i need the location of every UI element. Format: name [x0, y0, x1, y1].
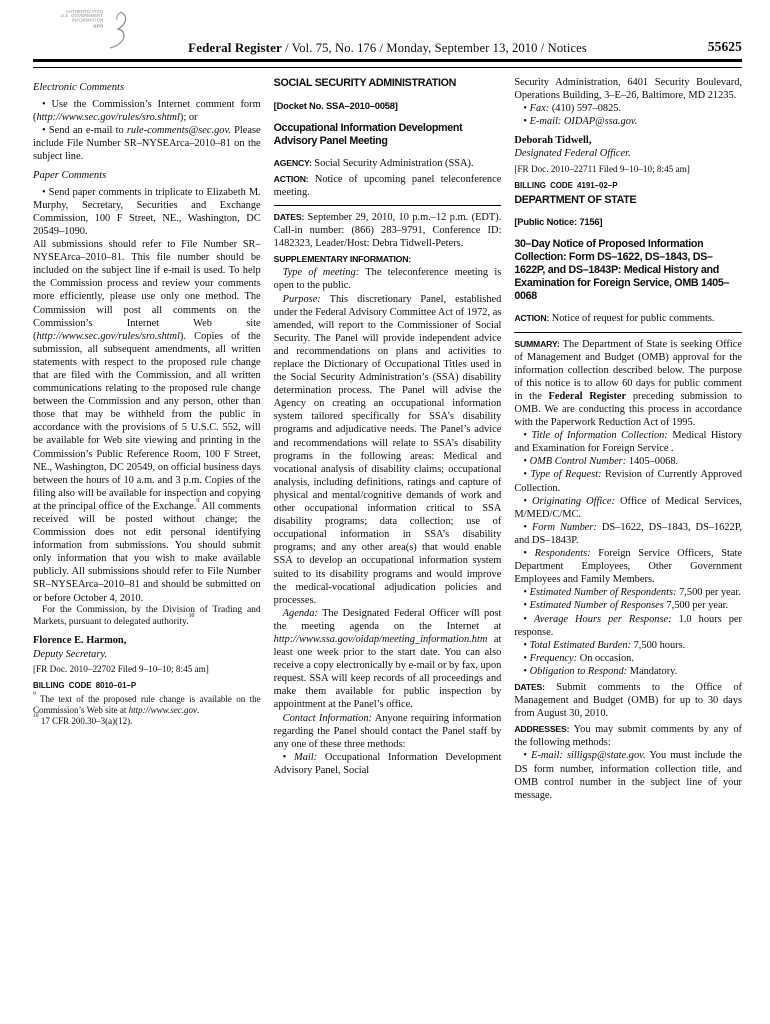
paragraph: Security Administration, 6401 Security B…: [514, 76, 742, 102]
text-run: •: [283, 752, 294, 763]
text-run: •: [523, 750, 531, 761]
paragraph: • Obligation to Respond: Mandatory.: [514, 665, 742, 678]
paragraph: • Send an e-mail to rule-comments@sec.go…: [33, 124, 261, 163]
text-run: .: [197, 705, 199, 715]
paragraph: • Fax: (410) 597–0825.: [514, 102, 742, 115]
paragraph: • OMB Control Number: 1405–0068.: [514, 455, 742, 468]
text-run: Total Estimated Burden:: [530, 640, 631, 651]
text-run: All submissions should refer to File Num…: [33, 239, 261, 342]
text-run: rule-comments@sec.gov.: [127, 125, 231, 136]
text-run: This discretionary Panel, established un…: [274, 294, 502, 606]
paragraph: DATES: September 29, 2010, 10 p.m.–12 p.…: [274, 211, 502, 250]
column-middle: SOCIAL SECURITY ADMINISTRATION[Docket No…: [274, 76, 502, 1022]
signature-name: Deborah Tidwell,: [514, 134, 742, 147]
text-run: All comments received will be posted wit…: [33, 501, 261, 604]
gpo-seal-line: INFORMATION: [61, 19, 104, 23]
docket-number: [Docket No. SSA–2010–0058]: [274, 99, 502, 112]
paragraph: AGENCY: Social Security Administration (…: [274, 157, 502, 170]
subsection-heading: Electronic Comments: [33, 81, 261, 94]
footnote: 10 17 CFR 200.30–3(a)(12).: [33, 716, 261, 727]
paragraph: Agenda: The Designated Federal Officer w…: [274, 607, 502, 712]
text-run: ); or: [180, 112, 198, 123]
agency-heading: SOCIAL SECURITY ADMINISTRATION: [274, 77, 502, 90]
text-run: ). Copies of the submission, all subsequ…: [33, 331, 261, 512]
text-run: Type of Request:: [531, 469, 602, 480]
text-run: Estimated Number of Responses: [530, 600, 664, 611]
paragraph: • Respondents: Foreign Service Officers,…: [514, 547, 742, 586]
paragraph: DATES: Submit comments to the Office of …: [514, 681, 742, 720]
three-column-body: Electronic Comments• Use the Commission’…: [33, 76, 742, 1022]
field-label: DATES:: [514, 682, 545, 692]
text-run: 7,500 per year.: [664, 600, 728, 611]
text-run: Fax:: [530, 103, 550, 114]
text-run: • Send paper comments in triplicate to E…: [33, 187, 261, 237]
field-label: ADDRESSES:: [514, 724, 569, 734]
subsection-heading: Paper Comments: [33, 169, 261, 182]
text-run: Frequency:: [530, 653, 578, 664]
text-run: Mandatory.: [627, 666, 677, 677]
paragraph: ACTION: Notice of upcoming panel telecon…: [274, 173, 502, 199]
fr-doc-line: [FR Doc. 2010–22711 Filed 9–10–10; 8:45 …: [514, 163, 742, 176]
section-divider: [274, 205, 502, 206]
paragraph: ADDRESSES: You may submit comments by an…: [514, 723, 742, 749]
paragraph: • Form Number: DS–1622, DS–1843, DS–1622…: [514, 521, 742, 547]
journal-title: Federal Register: [188, 40, 282, 55]
column-left: Electronic Comments• Use the Commission’…: [33, 76, 261, 1022]
text-run: Purpose:: [283, 294, 321, 305]
text-run: Federal Register: [548, 391, 626, 402]
text-run: Estimated Number of Respondents:: [530, 587, 677, 598]
field-label: SUPPLEMENTARY INFORMATION:: [274, 254, 411, 264]
text-run: Agenda:: [283, 608, 318, 619]
paragraph: • Total Estimated Burden: 7,500 hours.: [514, 639, 742, 652]
paragraph: • Frequency: On occasion.: [514, 652, 742, 665]
text-run: 1405–0068.: [626, 456, 678, 467]
paragraph: • E-mail: silligsp@state.gov. You must i…: [514, 749, 742, 801]
paragraph: Purpose: This discretionary Panel, estab…: [274, 293, 502, 607]
paragraph: • Average Hours per Response: 1.0 hours …: [514, 613, 742, 639]
notice-title: Occupational Information Development Adv…: [274, 122, 502, 148]
agency-heading: DEPARTMENT OF STATE: [514, 194, 742, 207]
text-run: 9: [33, 691, 36, 697]
notice-title: 30–Day Notice of Proposed Information Co…: [514, 238, 742, 303]
text-run: •: [523, 548, 534, 559]
text-run: 7,500 hours.: [631, 640, 685, 651]
paragraph: • Mail: Occupational Information Develop…: [274, 751, 502, 777]
text-run: •: [523, 496, 532, 507]
text-run: • Send an e-mail to: [42, 125, 127, 136]
federal-register-page: AUTHENTICATED U.S. GOVERNMENT INFORMATIO…: [0, 0, 770, 1024]
text-run: On occasion.: [577, 653, 634, 664]
text-run: Obligation to Respond:: [530, 666, 628, 677]
field-label: DATES:: [274, 212, 305, 222]
text-run: Form Number:: [532, 522, 597, 533]
text-run: Submit comments to the Office of Managem…: [514, 682, 742, 719]
text-run: http://www.ssa.gov/oidap/meeting_informa…: [274, 634, 488, 645]
signature-title: Designated Federal Officer.: [514, 147, 742, 160]
text-run: Average Hours per Response:: [534, 614, 672, 625]
text-run: http://www.sec.gov: [129, 705, 197, 715]
text-run: at least one week prior to the start dat…: [274, 634, 502, 710]
text-run: Notice of request for public comments.: [549, 313, 714, 324]
text-run: Originating Office:: [532, 496, 615, 507]
page-header: Federal Register / Vol. 75, No. 176 / Mo…: [33, 40, 742, 56]
text-run: E-mail: silligsp@state.gov.: [531, 750, 646, 761]
text-run: E-mail: OIDAP@ssa.gov.: [530, 116, 638, 127]
text-run: Contact Information:: [283, 713, 372, 724]
text-run: Security Administration, 6401 Security B…: [514, 77, 742, 101]
text-run: Title of Information Collection:: [531, 430, 667, 441]
text-run: Social Security Administration (SSA).: [312, 158, 474, 169]
fr-doc-line: [FR Doc. 2010–22702 Filed 9–10–10; 8:45 …: [33, 663, 261, 676]
page-number: 55625: [708, 39, 742, 55]
text-run: •: [523, 469, 530, 480]
billing-code: BILLING CODE 8010–01–P: [33, 679, 261, 692]
field-label: ACTION:: [274, 174, 309, 184]
footnote: 9 The text of the proposed rule change i…: [33, 694, 261, 716]
text-run: Type of meeting:: [283, 267, 359, 278]
section-divider: [514, 332, 742, 333]
journal-citation: / Vol. 75, No. 176 / Monday, September 1…: [282, 41, 587, 55]
text-run: •: [523, 614, 534, 625]
text-run: Respondents:: [535, 548, 591, 559]
paragraph: For the Commission, by the Division of T…: [33, 605, 261, 629]
signature-title: Deputy Secretary.: [33, 648, 261, 661]
paragraph: • Estimated Number of Respondents: 7,500…: [514, 586, 742, 599]
text-run: (410) 597–0825.: [549, 103, 621, 114]
text-run: http://www.sec.gov/rules/sro.shtml: [36, 112, 179, 123]
paragraph: ACTION: Notice of request for public com…: [514, 312, 742, 325]
billing-code: BILLING CODE 4191–02–P: [514, 179, 742, 192]
paragraph: • Estimated Number of Responses 7,500 pe…: [514, 599, 742, 612]
paragraph: • Originating Office: Office of Medical …: [514, 495, 742, 521]
text-run: 7,500 per year.: [677, 587, 741, 598]
paragraph: All submissions should refer to File Num…: [33, 238, 261, 605]
paragraph: Type of meeting: The teleconference meet…: [274, 266, 502, 292]
field-label: ACTION:: [514, 313, 549, 323]
gpo-seal-text: AUTHENTICATED U.S. GOVERNMENT INFORMATIO…: [61, 10, 104, 29]
text-run: OMB Control Number:: [530, 456, 627, 467]
text-run: http://www.sec.gov/rules/sro.shtml: [36, 331, 179, 342]
field-label: AGENCY:: [274, 158, 312, 168]
paragraph: SUPPLEMENTARY INFORMATION:: [274, 253, 502, 266]
text-run: Mail:: [294, 752, 317, 763]
paragraph: SUMMARY: The Department of State is seek…: [514, 338, 742, 430]
text-run: For the Commission, by the Division of T…: [33, 605, 261, 627]
docket-number: [Public Notice: 7156]: [514, 215, 742, 228]
text-run: 9: [196, 497, 199, 504]
text-run: 10: [33, 713, 39, 719]
text-run: •: [523, 522, 532, 533]
text-run: 17 CFR 200.30–3(a)(12).: [39, 716, 133, 726]
text-run: September 29, 2010, 10 p.m.–12 p.m. (EDT…: [274, 212, 502, 249]
gpo-seal-abbr: GPO: [61, 24, 104, 28]
column-right: Security Administration, 6401 Security B…: [514, 76, 742, 1022]
paragraph: • E-mail: OIDAP@ssa.gov.: [514, 115, 742, 128]
signature-name: Florence E. Harmon,: [33, 634, 261, 647]
paragraph: Contact Information: Anyone requiring in…: [274, 712, 502, 751]
text-run: Notice of upcoming panel teleconference …: [274, 174, 502, 198]
text-run: 10: [189, 613, 195, 619]
field-label: SUMMARY:: [514, 339, 559, 349]
masthead-rule: [33, 59, 742, 68]
paragraph: • Send paper comments in triplicate to E…: [33, 186, 261, 238]
paragraph: • Title of Information Collection: Medic…: [514, 429, 742, 455]
paragraph: • Use the Commission’s Internet comment …: [33, 98, 261, 124]
paragraph: • Type of Request: Revision of Currently…: [514, 468, 742, 494]
